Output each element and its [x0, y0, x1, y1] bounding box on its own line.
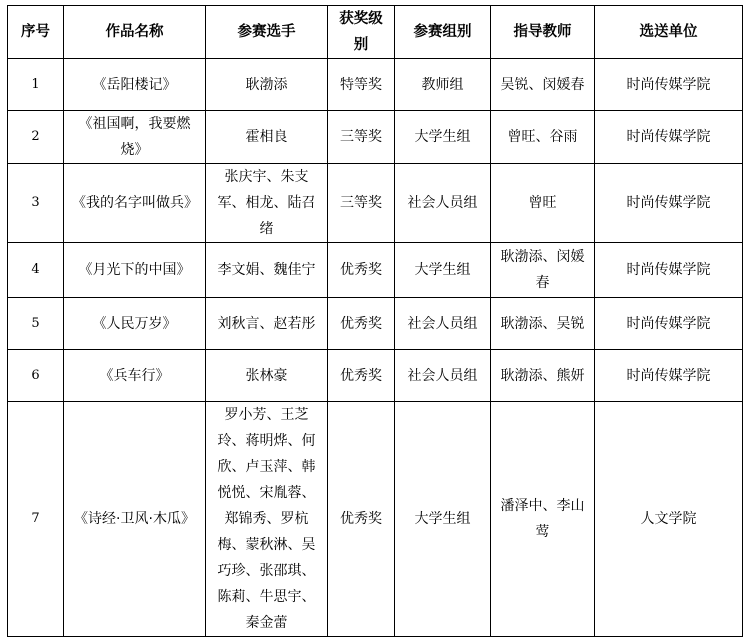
table-header-row: 序号 作品名称 参赛选手 获奖级别 参赛组别 指导教师 选送单位 [8, 6, 743, 59]
table-row: 3 《我的名字叫做兵》 张庆宇、朱支军、相龙、陆召绪 三等奖 社会人员组 曾旺 … [8, 164, 743, 243]
cell-unit: 时尚传媒学院 [595, 164, 743, 243]
cell-advisors: 潘泽中、李山莺 [491, 402, 595, 637]
table-row: 1 《岳阳楼记》 耿渤添 特等奖 教师组 吴锐、闵媛春 时尚传媒学院 [8, 59, 743, 111]
cell-group: 大学生组 [395, 111, 491, 164]
cell-no: 7 [8, 402, 64, 637]
cell-group: 社会人员组 [395, 164, 491, 243]
cell-contestants: 张林豪 [206, 350, 328, 402]
cell-contestants: 霍相良 [206, 111, 328, 164]
cell-unit: 时尚传媒学院 [595, 59, 743, 111]
cell-advisors: 耿渤添、闵媛春 [491, 243, 595, 298]
cell-unit: 人文学院 [595, 402, 743, 637]
cell-award: 三等奖 [328, 111, 395, 164]
cell-advisors: 曾旺 [491, 164, 595, 243]
cell-no: 2 [8, 111, 64, 164]
awards-table: 序号 作品名称 参赛选手 获奖级别 参赛组别 指导教师 选送单位 1 《岳阳楼记… [7, 5, 743, 637]
cell-advisors: 耿渤添、熊妍 [491, 350, 595, 402]
table-row: 5 《人民万岁》 刘秋言、赵若彤 优秀奖 社会人员组 耿渤添、吴锐 时尚传媒学院 [8, 298, 743, 350]
table-row: 6 《兵车行》 张林豪 优秀奖 社会人员组 耿渤添、熊妍 时尚传媒学院 [8, 350, 743, 402]
cell-contestants: 张庆宇、朱支军、相龙、陆召绪 [206, 164, 328, 243]
cell-group: 大学生组 [395, 243, 491, 298]
header-award: 获奖级别 [328, 6, 395, 59]
cell-advisors: 曾旺、谷雨 [491, 111, 595, 164]
cell-contestants: 耿渤添 [206, 59, 328, 111]
cell-contestants: 刘秋言、赵若彤 [206, 298, 328, 350]
cell-work: 《人民万岁》 [64, 298, 206, 350]
cell-work: 《岳阳楼记》 [64, 59, 206, 111]
cell-award: 三等奖 [328, 164, 395, 243]
table-row: 2 《祖国啊，我要燃烧》 霍相良 三等奖 大学生组 曾旺、谷雨 时尚传媒学院 [8, 111, 743, 164]
cell-award: 优秀奖 [328, 298, 395, 350]
cell-no: 5 [8, 298, 64, 350]
cell-award: 优秀奖 [328, 350, 395, 402]
header-work: 作品名称 [64, 6, 206, 59]
cell-advisors: 吴锐、闵媛春 [491, 59, 595, 111]
cell-work: 《月光下的中国》 [64, 243, 206, 298]
cell-group: 社会人员组 [395, 298, 491, 350]
cell-group: 社会人员组 [395, 350, 491, 402]
cell-no: 4 [8, 243, 64, 298]
header-unit: 选送单位 [595, 6, 743, 59]
cell-no: 3 [8, 164, 64, 243]
cell-award: 特等奖 [328, 59, 395, 111]
header-advisors: 指导教师 [491, 6, 595, 59]
cell-work: 《祖国啊，我要燃烧》 [64, 111, 206, 164]
cell-work: 《我的名字叫做兵》 [64, 164, 206, 243]
cell-contestants: 罗小芳、王芝玲、蒋明烨、何欣、卢玉萍、韩悦悦、宋胤蓉、郑锦秀、罗杭梅、蒙秋淋、吴… [206, 402, 328, 637]
cell-unit: 时尚传媒学院 [595, 298, 743, 350]
cell-no: 1 [8, 59, 64, 111]
cell-unit: 时尚传媒学院 [595, 243, 743, 298]
cell-unit: 时尚传媒学院 [595, 111, 743, 164]
cell-unit: 时尚传媒学院 [595, 350, 743, 402]
header-contestants: 参赛选手 [206, 6, 328, 59]
table-row: 4 《月光下的中国》 李文娟、魏佳宁 优秀奖 大学生组 耿渤添、闵媛春 时尚传媒… [8, 243, 743, 298]
cell-group: 大学生组 [395, 402, 491, 637]
cell-award: 优秀奖 [328, 243, 395, 298]
cell-advisors: 耿渤添、吴锐 [491, 298, 595, 350]
cell-group: 教师组 [395, 59, 491, 111]
header-no: 序号 [8, 6, 64, 59]
cell-no: 6 [8, 350, 64, 402]
header-group: 参赛组别 [395, 6, 491, 59]
cell-contestants: 李文娟、魏佳宁 [206, 243, 328, 298]
cell-award: 优秀奖 [328, 402, 395, 637]
cell-work: 《兵车行》 [64, 350, 206, 402]
table-row: 7 《诗经·卫风·木瓜》 罗小芳、王芝玲、蒋明烨、何欣、卢玉萍、韩悦悦、宋胤蓉、… [8, 402, 743, 637]
cell-work: 《诗经·卫风·木瓜》 [64, 402, 206, 637]
